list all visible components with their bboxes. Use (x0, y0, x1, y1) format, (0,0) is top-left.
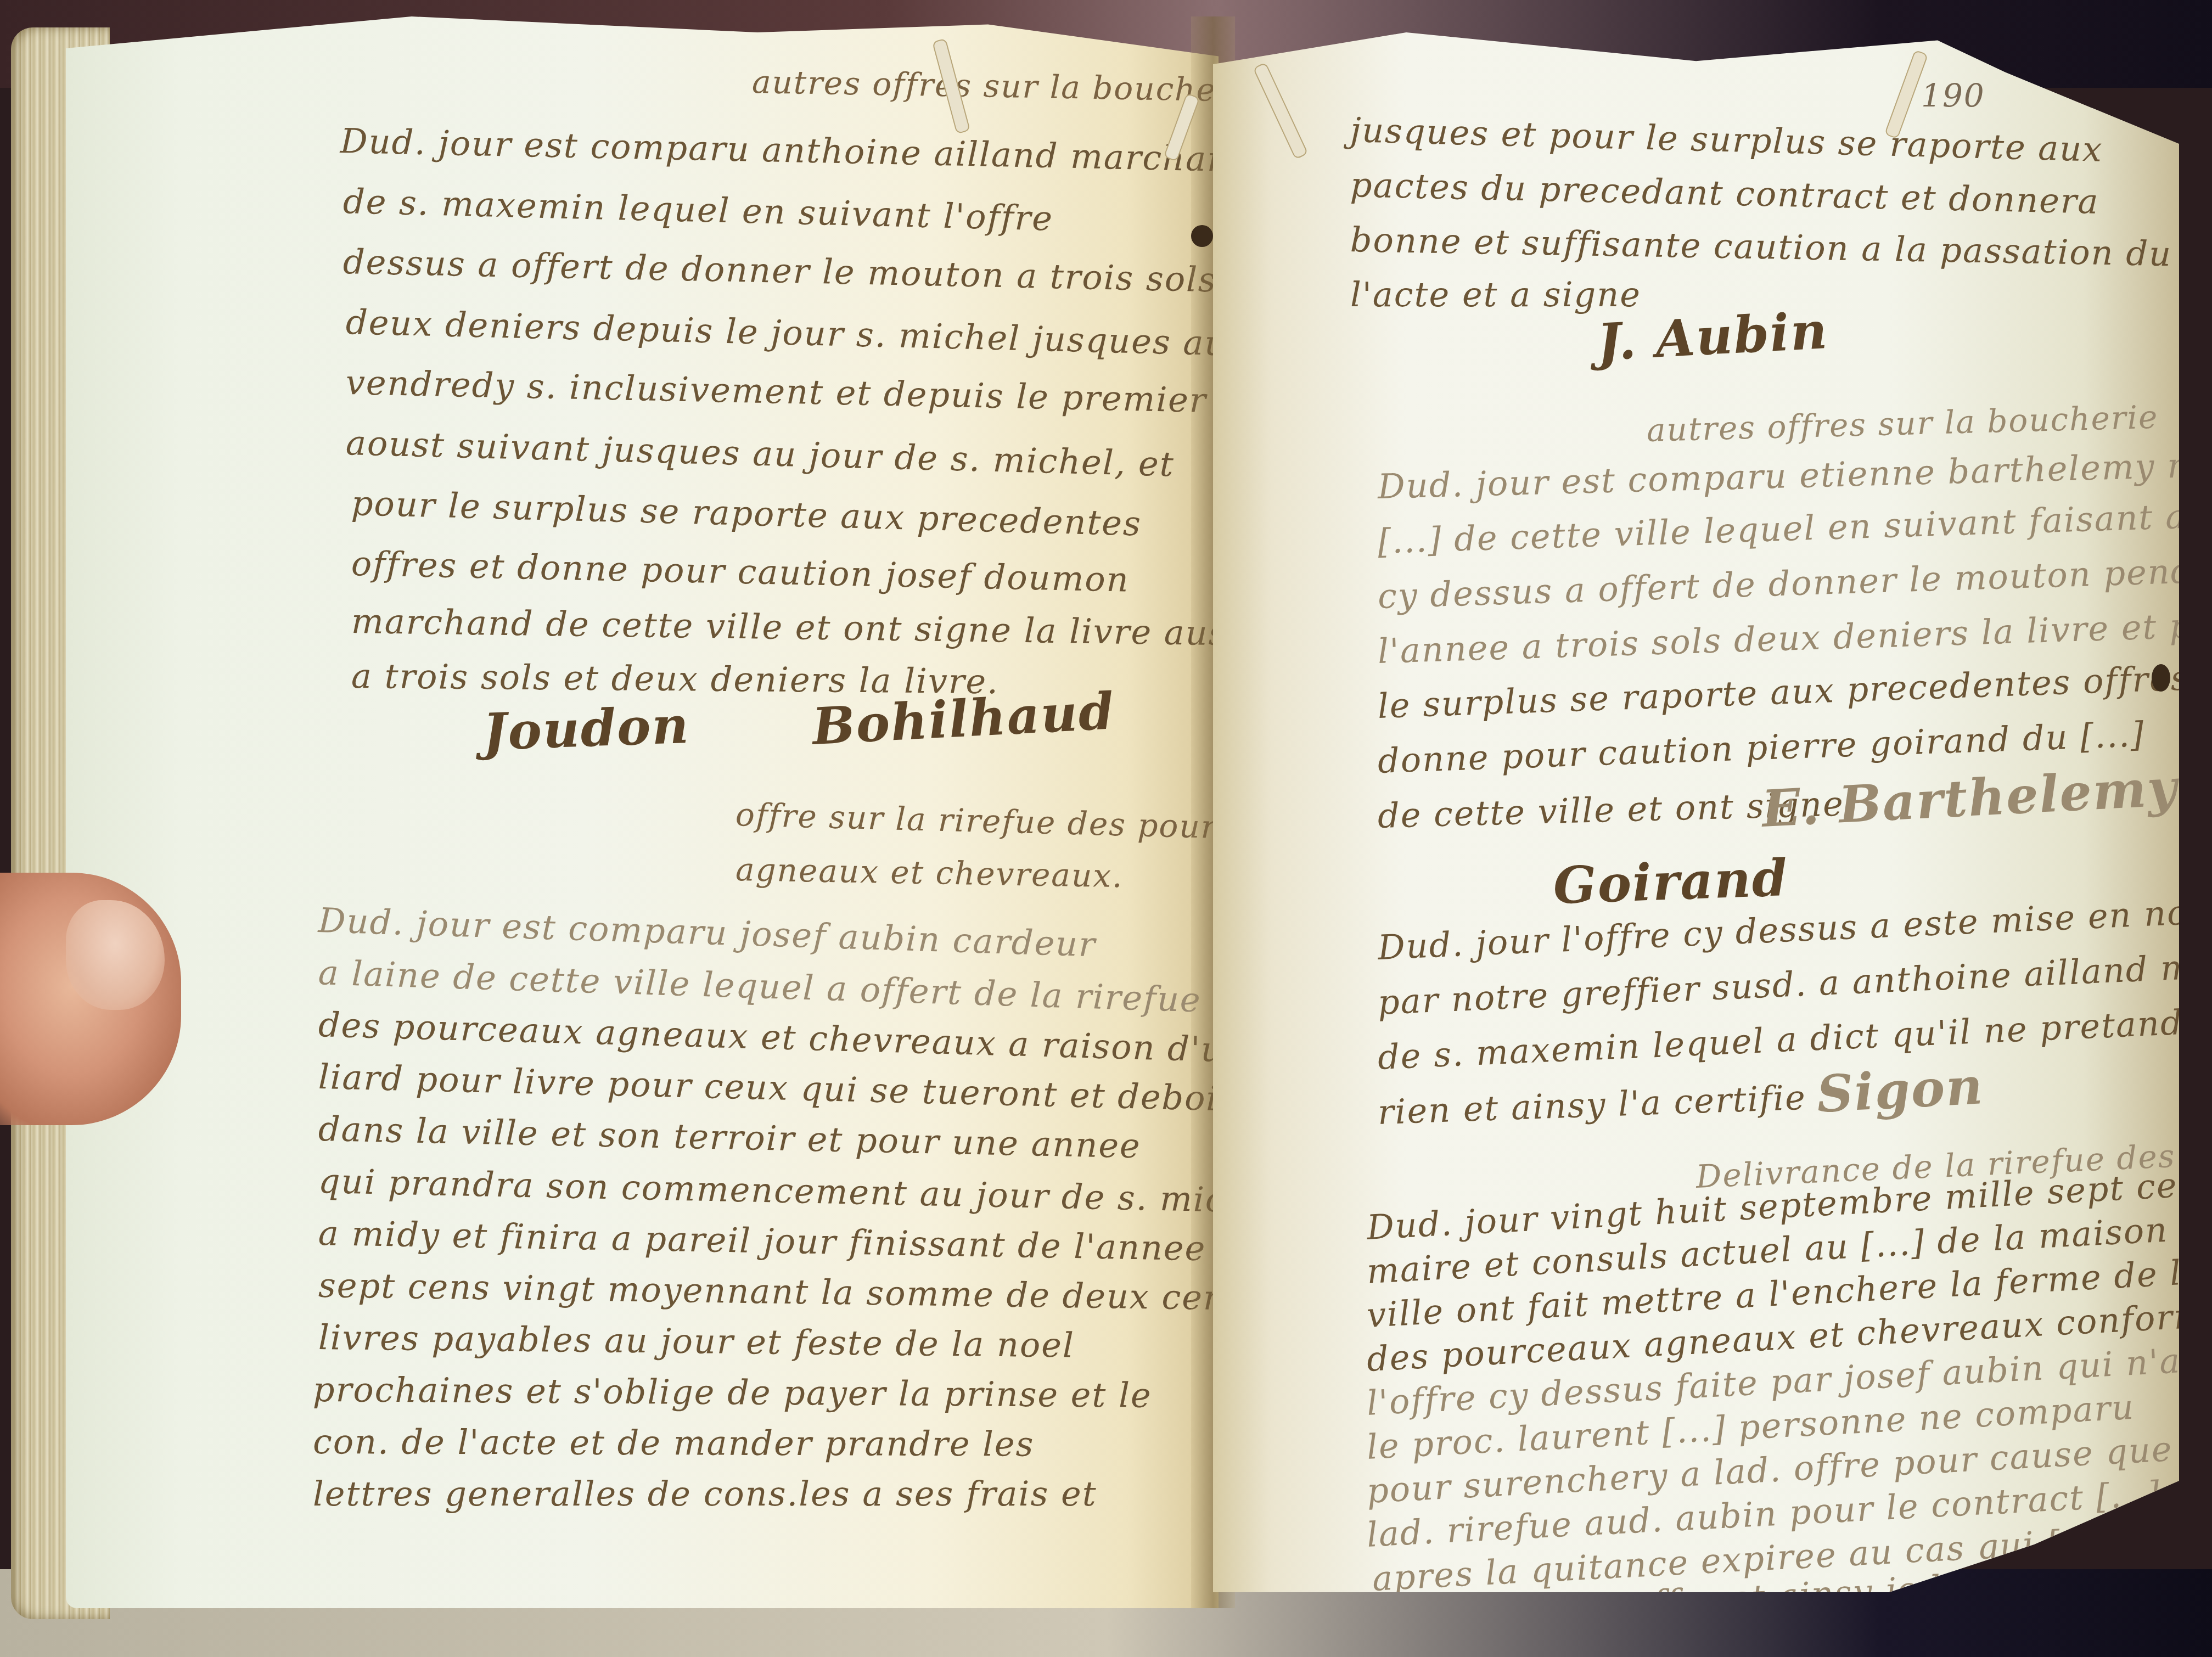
left-para2-line: sept cens vingt moyennant la somme de de… (318, 1265, 1219, 1318)
right-para1-line: jusques et pour le surplus se raporte au… (1350, 110, 2103, 170)
left-para2-line: lettres generalles de cons.les a ses fra… (313, 1474, 1097, 1514)
left-para2-line: con. de l'acte et de mander prandre les (313, 1422, 1035, 1464)
left-para2-line: a midy et finira a pareil jour finissant… (318, 1213, 1219, 1270)
signature-goirand: Goirand (1552, 848, 1789, 915)
signature-barthelemy: E. Barthelemy (1760, 757, 2179, 839)
left-para2-line: prochaines et s'oblige de payer la prins… (313, 1369, 1152, 1416)
left-heading-1: autres offres sur la boucherie (751, 63, 1219, 109)
signature-sigon: Sigon (1815, 1056, 1985, 1124)
left-page: autres offres sur la boucherie Dud. jour… (66, 16, 1219, 1608)
left-para1-line: de s. maxemin lequel en suivant l'offre (343, 181, 1054, 239)
left-para2-line: dans la ville et son terroir et pour une… (318, 1109, 1141, 1166)
right-para2-line: Dud. jour est comparu etienne barthelemy… (1377, 441, 2179, 507)
left-para1-line: pour le surplus se raporte aux precedent… (351, 483, 1142, 544)
left-para1-line: vendredy s. inclusivement et depuis le p… (345, 362, 1207, 420)
folio-number: 190 (1921, 77, 1985, 114)
binding-hole (1191, 225, 1213, 247)
right-para1-line: l'acte et a signe (1350, 274, 1641, 314)
right-para2-line: l'annee a trois sols deux deniers la liv… (1377, 604, 2179, 671)
right-para3-line: rien et ainsy l'a certifie (1377, 1077, 1807, 1132)
left-para1-line: dessus a offert de donner le mouton a tr… (343, 241, 1217, 300)
left-para2-line: livres payables au jour et feste de la n… (318, 1317, 1075, 1365)
left-para1-line: offres et donne pour caution josef doumo… (351, 543, 1130, 600)
left-para1-line: deux deniers depuis le jour s. michel ju… (345, 302, 1219, 363)
left-para1-line: Dud. jour est comparu anthoine ailland m… (340, 121, 1219, 180)
right-para1-line: bonne et suffisante caution a la passati… (1350, 220, 2172, 274)
open-manuscript-book: autres offres sur la boucherie Dud. jour… (11, 5, 2185, 1647)
right-para2-line: cy dessus a offert de donner le mouton p… (1377, 549, 2179, 616)
right-para1-line: pactes du precedant contract et donnera (1350, 165, 2099, 222)
right-page: 190 jusques et pour le surplus se raport… (1213, 16, 2179, 1608)
left-para1-line: aoust suivant jusques au jour de s. mich… (345, 423, 1175, 485)
right-heading-1: autres offres sur la boucherie (1646, 398, 2159, 449)
signature-joudon: Joudon (482, 695, 690, 762)
left-para2-line: Dud. jour est comparu josef aubin cardeu… (318, 900, 1097, 964)
left-para1-line: marchand de cette ville et ont signe la … (351, 601, 1219, 654)
signature-aubin: J. Aubin (1596, 301, 1829, 372)
left-heading-2b: agneaux et chevreaux. (735, 851, 1124, 895)
left-heading-2: offre sur la rirefue des pourceaux (735, 796, 1219, 849)
ink-blot (2152, 664, 2170, 692)
